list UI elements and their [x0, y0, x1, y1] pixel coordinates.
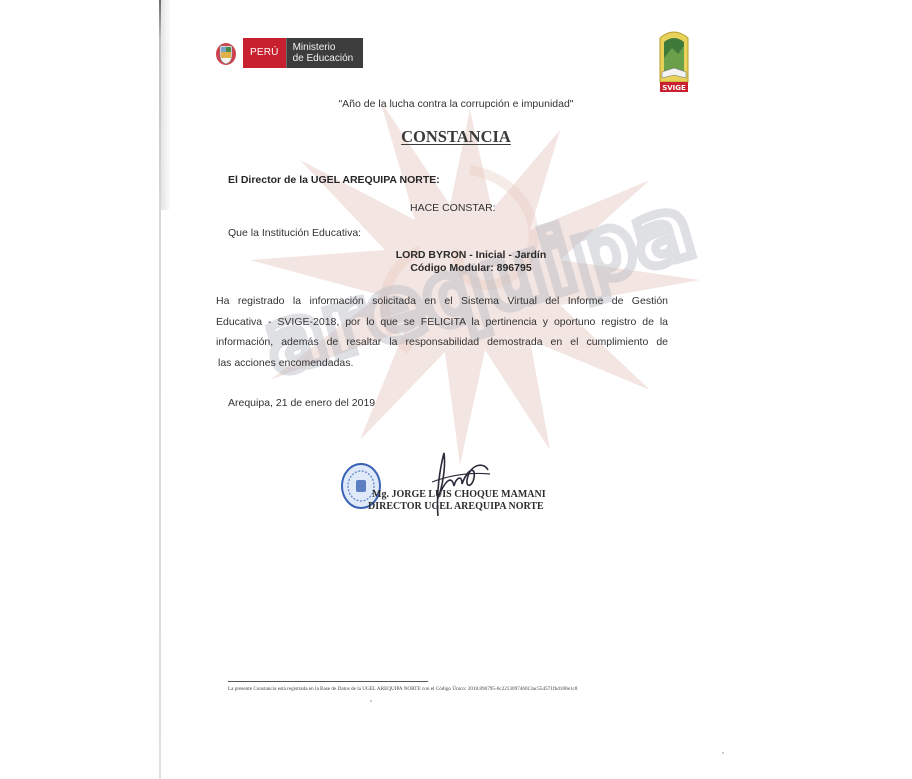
- hace-constar-label: HACE CONSTAR:: [410, 202, 496, 214]
- modular-code: Código Modular: 896795: [0, 262, 912, 275]
- institution-intro: Que la Institución Educativa:: [228, 227, 361, 239]
- arequipa-sun-watermark: arequipa: [230, 90, 710, 470]
- year-motto: "Año de la lucha contra la corrupción e …: [0, 98, 912, 110]
- institution-name: LORD BYRON - Inicial - Jardín: [0, 249, 912, 262]
- ministry-line-1: Ministerio: [293, 42, 355, 53]
- director-heading: El Director de la UGEL AREQUIPA NORTE:: [228, 174, 440, 186]
- title-text: CONSTANCIA: [401, 127, 511, 146]
- body-line: información, además de resaltar la respo…: [216, 332, 668, 353]
- institution-block: LORD BYRON - Inicial - Jardín Código Mod…: [0, 249, 912, 275]
- peru-coat-of-arms-icon: [215, 40, 237, 66]
- scan-speck: [722, 752, 724, 754]
- signer-role: DIRECTOR UGEL AREQUIPA NORTE: [368, 501, 546, 513]
- document-title: CONSTANCIA: [0, 127, 912, 147]
- place-date: Arequipa, 21 de enero del 2019: [228, 397, 375, 409]
- body-paragraph: Ha registrado la información solicitada …: [216, 291, 668, 373]
- svige-label: SVIGE: [662, 84, 686, 92]
- registration-footnote: La presente Constancia está registrada e…: [228, 686, 577, 692]
- peru-label: PERÚ: [243, 38, 286, 68]
- scan-margin: [0, 0, 160, 779]
- body-line: Ha registrado la información solicitada …: [216, 291, 668, 312]
- svige-emblem-logo: SVIGE: [656, 28, 692, 96]
- signer-name: Mg. JORGE LUIS CHOQUE MAMANI: [368, 489, 546, 501]
- ministry-label: Ministerio de Educación: [286, 38, 363, 68]
- body-line: las acciones encomendadas.: [216, 353, 668, 374]
- signer-block: Mg. JORGE LUIS CHOQUE MAMANI DIRECTOR UG…: [368, 489, 546, 512]
- footnote-divider: [228, 681, 428, 682]
- ministry-of-education-logo: PERÚ Ministerio de Educación: [215, 38, 363, 68]
- body-line: Educativa - SVIGE-2018, por lo que se FE…: [216, 312, 668, 333]
- scan-speck: [370, 700, 372, 702]
- ministry-line-2: de Educación: [293, 53, 355, 64]
